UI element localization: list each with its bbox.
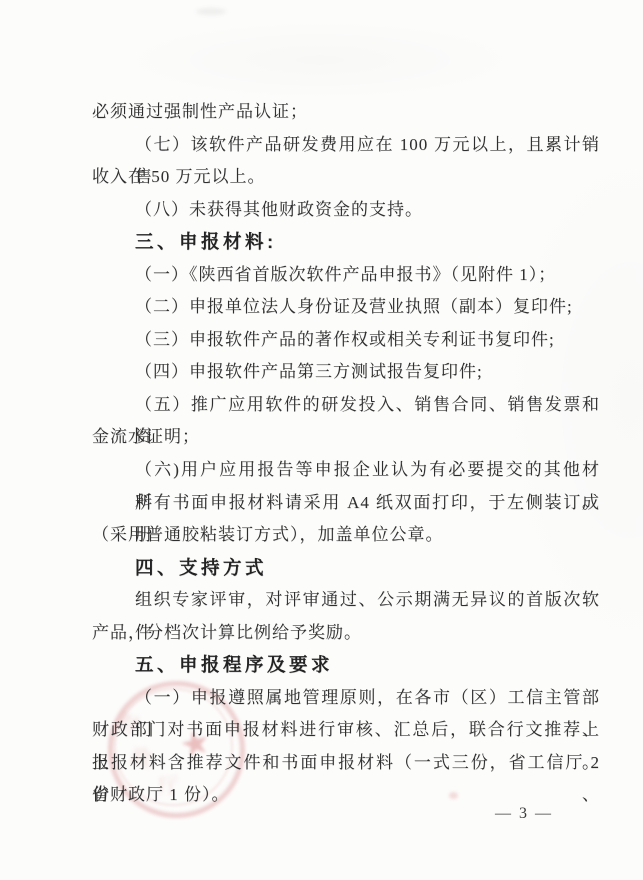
text-line: （二）申报单位法人身份证及营业执照（副本）复印件; [92,291,600,324]
text-line: 所有书面申报材料请采用 A4 纸双面打印，于左侧装订成册 [92,487,600,520]
page-number: — 3 — [468,805,580,823]
text-line: 财政部门对书面申报材料进行审核、汇总后，联合行文推荐上报。 [92,714,600,747]
text-line: （四）申报软件产品第三方测试报告复印件; [92,356,600,389]
text-line: 收入在 50 万元以上。 [92,161,600,194]
text-line: （六)用户应用报告等申报企业认为有必要提交的其他材料。 [92,454,600,487]
text-line: （一）申报遵照属地管理原则，在各市（区）工信主管部门、 [92,682,600,715]
text-line: （五）推广应用软件的研发投入、销售合同、销售发票和资 [92,389,600,422]
text-line: 产品，分档次计算比例给予奖励。 [92,617,600,650]
text-line: （八）未获得其他财政资金的支持。 [92,194,600,227]
document-page: ★ 财 政 厅 必须通过强制性产品认证；（七）该软件产品研发费用应在 100 万… [0,0,643,880]
text-line: 金流水证明； [92,421,600,454]
text-line: 必须通过强制性产品认证； [92,96,600,129]
text-line: 组织专家评审，对评审通过、公示期满无异议的首版次软件 [92,584,600,617]
section-heading: 四、支持方式 [92,552,600,585]
document-body: 必须通过强制性产品认证；（七）该软件产品研发费用应在 100 万元以上，且累计销… [92,96,600,812]
section-heading: 三、申报材料: [92,226,600,259]
text-line: （一）《陕西省首版次软件产品申报书》（见附件 1）； [92,259,600,292]
text-line: 上报材料含推荐文件和书面申报材料（一式三份，省工信厅 2 份、 [92,747,600,780]
scan-smudge [196,8,226,15]
section-heading: 五、申报程序及要求 [92,649,600,682]
text-line: （采用普通胶粘装订方式），加盖单位公章。 [92,519,600,552]
text-line: （三）申报软件产品的著作权或相关专利证书复印件; [92,324,600,357]
text-line: （七）该软件产品研发费用应在 100 万元以上，且累计销售 [92,129,600,162]
